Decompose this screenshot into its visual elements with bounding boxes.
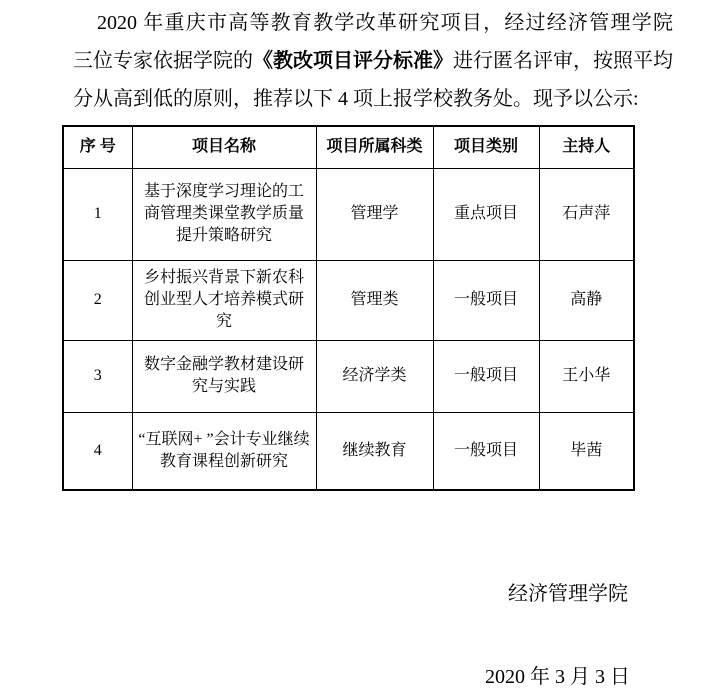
cell-leader: 王小华 — [539, 340, 634, 412]
cell-serial-number: 2 — [63, 260, 132, 340]
cell-leader: 毕茜 — [539, 412, 634, 490]
intro-line-2: 三位专家依据学院的《教改项目评分标准》进行匿名评审，按照平均 — [73, 42, 673, 80]
cell-project-name: 基于深度学习理论的工商管理类课堂教学质量提升策略研究 — [132, 168, 316, 260]
cell-subject-category: 管理类 — [316, 260, 433, 340]
cell-serial-number: 1 — [63, 168, 132, 260]
table-row: 4 “互联网+ ”会计专业继续教育课程创新研究 继续教育 一般项目 毕茜 — [63, 412, 634, 490]
header-project-type: 项目类别 — [433, 126, 539, 168]
header-serial-number: 序 号 — [63, 126, 132, 168]
cell-subject-category: 管理学 — [316, 168, 433, 260]
cell-leader: 高静 — [539, 260, 634, 340]
intro-paragraph: 2020 年重庆市高等教育教学改革研究项目，经过经济管理学院 三位专家依据学院的… — [73, 4, 673, 118]
table-row: 3 数字金融学教材建设研究与实践 经济学类 一般项目 王小华 — [63, 340, 634, 412]
evaluation-standard-title: 《教改项目评分标准》 — [253, 50, 453, 72]
intro-line-3: 分从高到低的原则，推荐以下 4 项上报学校教务处。现予以公示: — [73, 80, 673, 118]
signature-date: 2020 年 3 月 3 日 — [485, 666, 630, 688]
cell-subject-category: 经济学类 — [316, 340, 433, 412]
cell-project-name: “互联网+ ”会计专业继续教育课程创新研究 — [132, 412, 316, 490]
intro-line-1: 2020 年重庆市高等教育教学改革研究项目，经过经济管理学院 — [73, 4, 673, 42]
header-project-name: 项目名称 — [132, 126, 316, 168]
projects-table: 序 号 项目名称 项目所属科类 项目类别 主持人 1 基于深度学习理论的工商管理… — [62, 125, 635, 491]
notice-document: 2020 年重庆市高等教育教学改革研究项目，经过经济管理学院 三位专家依据学院的… — [0, 0, 728, 692]
cell-project-name: 乡村振兴背景下新农科创业型人才培养模式研究 — [132, 260, 316, 340]
table-row: 1 基于深度学习理论的工商管理类课堂教学质量提升策略研究 管理学 重点项目 石声… — [63, 168, 634, 260]
cell-leader: 石声萍 — [539, 168, 634, 260]
cell-serial-number: 3 — [63, 340, 132, 412]
cell-serial-number: 4 — [63, 412, 132, 490]
header-subject-category: 项目所属科类 — [316, 126, 433, 168]
intro-line-2-post: 进行匿名评审，按照平均 — [453, 50, 673, 72]
cell-project-name: 数字金融学教材建设研究与实践 — [132, 340, 316, 412]
table-header-row: 序 号 项目名称 项目所属科类 项目类别 主持人 — [63, 126, 634, 168]
cell-project-type: 一般项目 — [433, 340, 539, 412]
table-row: 2 乡村振兴背景下新农科创业型人才培养模式研究 管理类 一般项目 高静 — [63, 260, 634, 340]
cell-project-type: 重点项目 — [433, 168, 539, 260]
cell-subject-category: 继续教育 — [316, 412, 433, 490]
intro-line-2-pre: 三位专家依据学院的 — [73, 50, 253, 72]
signature-department: 经济管理学院 — [508, 583, 628, 605]
header-leader: 主持人 — [539, 126, 634, 168]
cell-project-type: 一般项目 — [433, 412, 539, 490]
cell-project-type: 一般项目 — [433, 260, 539, 340]
